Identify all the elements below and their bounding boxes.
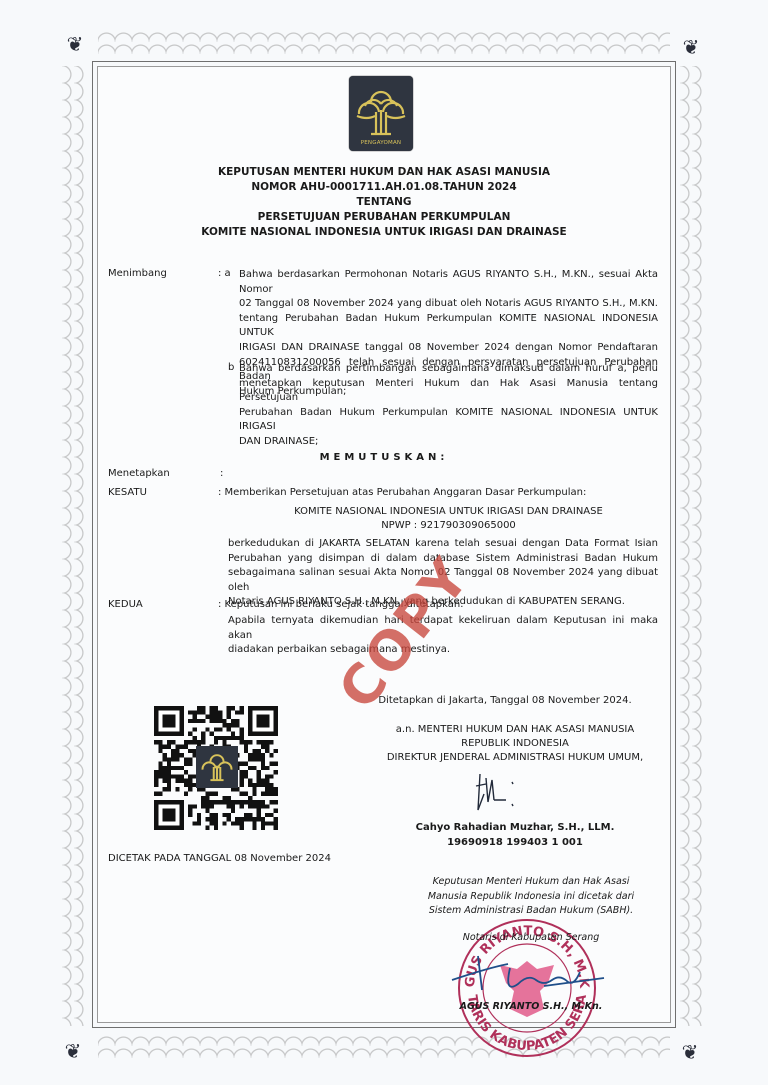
npwp-number: NPWP : 921790309065000 [239, 519, 658, 533]
note-line: Manusia Republik Indonesia ini dicetak d… [420, 890, 642, 905]
pengayoman-tree-icon [196, 746, 238, 788]
qr-center-logo [196, 746, 238, 788]
menetapkan-colon: : [220, 468, 223, 479]
ornament-corner-icon: ❦ [64, 33, 86, 55]
menimbang-item-b: Bahwa berdasarkan pertimbangan sebagaima… [239, 362, 658, 450]
ornament-corner-icon: ❦ [679, 1041, 701, 1063]
printed-date: DICETAK PADA TANGGAL 08 November 2024 [108, 853, 331, 864]
ornament-corner-icon: ❦ [62, 1040, 84, 1062]
signatory-line: REPUBLIK INDONESIA [355, 737, 675, 751]
pengayoman-logo: PENGAYOMAN [349, 76, 413, 151]
title-line: PERSETUJUAN PERUBAHAN PERKUMPULAN [100, 210, 668, 225]
note-line: Keputusan Menteri Hukum dan Hak Asasi [420, 875, 642, 890]
border-pattern-left [62, 66, 86, 1026]
signatory-line: DIREKTUR JENDERAL ADMINISTRASI HUKUM UMU… [355, 751, 675, 765]
border-pattern-right [680, 66, 704, 1026]
border-pattern-top [98, 30, 670, 54]
kedua-label: KEDUA [108, 599, 143, 610]
menimbang-label: Menimbang [108, 268, 167, 279]
organization-title: KOMITE NASIONAL INDONESIA UNTUK IRIGASI … [100, 225, 668, 240]
kesatu-intro: : Memberikan Persetujuan atas Perubahan … [218, 487, 586, 498]
title-line: KEPUTUSAN MENTERI HUKUM DAN HAK ASASI MA… [100, 165, 668, 180]
director-signature [470, 772, 520, 814]
signatory-name: Cahyo Rahadian Muzhar, S.H., LLM. [355, 821, 675, 835]
notary-signature [448, 950, 608, 1000]
organization-name: KOMITE NASIONAL INDONESIA UNTUK IRIGASI … [239, 505, 658, 519]
sabh-note: Keputusan Menteri Hukum dan Hak Asasi Ma… [420, 875, 642, 919]
kesatu-label: KESATU [108, 487, 147, 498]
notary-place: Notaris di Kabupaten Serang [420, 932, 642, 943]
title-line: TENTANG [100, 195, 668, 210]
decree-number: NOMOR AHU-0001711.AH.01.08.TAHUN 2024 [100, 180, 668, 195]
item-b-marker: b [228, 362, 234, 373]
menetapkan-label: Menetapkan [108, 468, 170, 479]
ornament-corner-icon: ❦ [680, 36, 702, 58]
signatory-block: a.n. MENTERI HUKUM DAN HAK ASASI MANUSIA… [355, 723, 675, 765]
item-a-marker: : a [218, 268, 231, 279]
logo-label: PENGAYOMAN [349, 140, 413, 146]
signatory-line: a.n. MENTERI HUKUM DAN HAK ASASI MANUSIA [355, 723, 675, 737]
memutuskan-heading: MEMUTUSKAN: [100, 452, 668, 463]
notary-name: AGUS RIYANTO S.H., M.Kn. [420, 1001, 642, 1012]
signatory-nip: 19690918 199403 1 001 [355, 836, 675, 850]
decree-title: KEPUTUSAN MENTERI HUKUM DAN HAK ASASI MA… [100, 165, 668, 240]
